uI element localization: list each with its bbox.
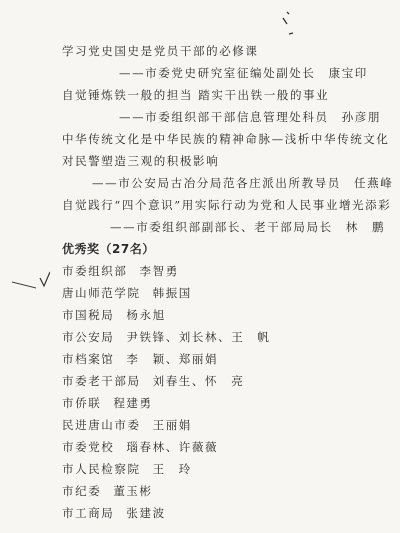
article-title: 自觉践行“四个意识”用实际行动为党和人民事业增光添彩: [62, 198, 391, 212]
award-unit: 市委组织部: [62, 264, 128, 278]
award-names: 王丽娟: [153, 418, 192, 432]
award-unit: 市侨联: [62, 396, 101, 410]
award-unit: 市工商局: [62, 506, 114, 520]
list-item: 市工商局张建波: [62, 506, 166, 520]
award-unit: 唐山师范学院: [62, 286, 141, 300]
article-author: ——市委组织部干部信息管理处科员 孙彦朋: [119, 110, 381, 124]
award-names: 王 玲: [153, 462, 192, 476]
handwritten-mark-icon: [275, 8, 305, 38]
award-unit: 市委党校: [62, 440, 114, 454]
award-unit: 市国税局: [62, 308, 114, 322]
list-item: 市委组织部李智勇: [62, 264, 179, 278]
list-item: 市纪委董玉彬: [62, 484, 153, 498]
article-author: ——市委组织部副部长、老干部局局长 林 鹏: [110, 220, 385, 234]
award-unit: 民进唐山市委: [62, 418, 141, 432]
section-heading: 优秀奖（27名）: [62, 242, 155, 256]
award-unit: 市公安局: [62, 330, 114, 344]
award-names: 瑙春林、许薇薇: [126, 440, 218, 454]
article-title-cont: 对民警塑造三观的积极影响: [62, 154, 219, 168]
award-names: 程建勇: [113, 396, 152, 410]
article-title: 中华传统文化是中华民族的精神命脉—浅析中华传统文化: [62, 132, 390, 146]
award-unit: 市档案馆: [62, 352, 114, 366]
award-names: 韩振国: [153, 286, 192, 300]
award-names: 李 颖、郑丽娟: [126, 352, 218, 366]
award-names: 李智勇: [140, 264, 179, 278]
list-item: 市人民检察院王 玲: [62, 462, 192, 476]
list-item: 市公安局尹铁锋、刘长林、王 帆: [62, 330, 271, 344]
award-names: 董玉彬: [113, 484, 152, 498]
award-names: 张建波: [126, 506, 165, 520]
article-title: 自觉锤炼铁一般的担当 踏实干出铁一般的事业: [62, 88, 329, 102]
list-item: 市档案馆李 颖、郑丽娟: [62, 352, 218, 366]
list-item: 市侨联程建勇: [62, 396, 153, 410]
award-unit: 市人民检察院: [62, 462, 141, 476]
checkmark-icon: [10, 262, 50, 292]
list-item: 唐山师范学院韩振国: [62, 286, 192, 300]
award-unit: 市委老干部局: [62, 374, 141, 388]
list-item: 市委党校瑙春林、许薇薇: [62, 440, 218, 454]
article-title: 学习党史国史是党员干部的必修课: [62, 44, 259, 58]
award-unit: 市纪委: [62, 484, 101, 498]
award-names: 刘春生、怀 亮: [153, 374, 245, 388]
article-author: ——市公安局古冶分局范各庄派出所教导员 任燕峰: [92, 176, 393, 190]
list-item: 市国税局杨永旭: [62, 308, 166, 322]
award-names: 杨永旭: [126, 308, 165, 322]
list-item: 市委老干部局刘春生、怀 亮: [62, 374, 244, 388]
article-author: ——市委党史研究室征编处副处长 康宝印: [119, 66, 368, 80]
list-item: 民进唐山市委王丽娟: [62, 418, 192, 432]
award-names: 尹铁锋、刘长林、王 帆: [126, 330, 270, 344]
